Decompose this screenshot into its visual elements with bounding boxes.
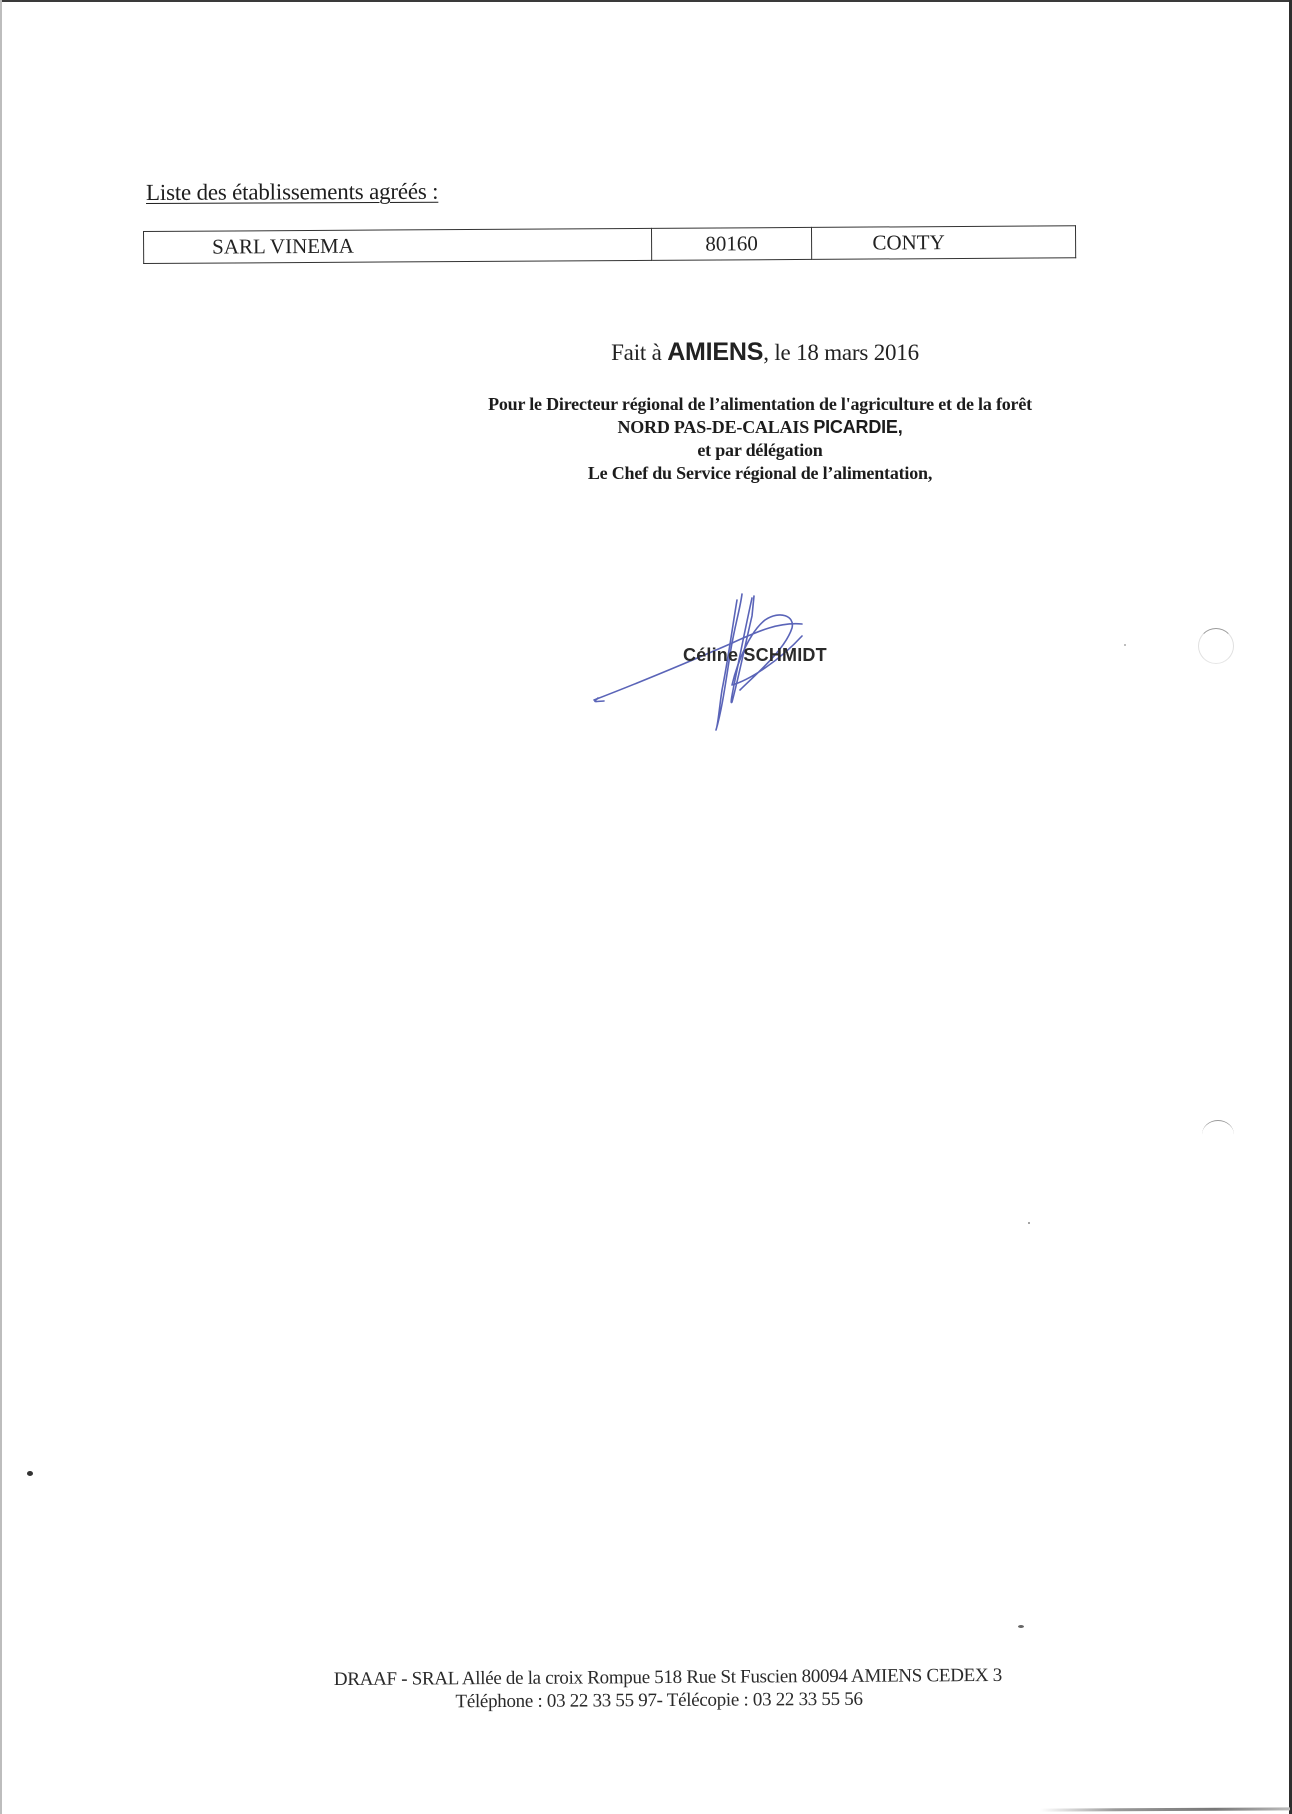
table-row: SARL VINEMA 80160 CONTY: [144, 226, 1076, 264]
signatory-region-sans: PICARDIE,: [813, 417, 902, 437]
signature-area: Céline SCHMIDT: [580, 580, 880, 740]
made-at-prefix: Fait à: [611, 340, 662, 365]
footer-contact: Téléphone : 03 22 33 55 97- Télécopie : …: [188, 1686, 1130, 1715]
punch-hole-mark: [1202, 1120, 1234, 1149]
scan-edge-top: [0, 0, 1292, 2]
establishments-table: SARL VINEMA 80160 CONTY: [143, 225, 1076, 264]
signer-name: Céline SCHMIDT: [683, 645, 827, 666]
scan-edge-bottom: [1040, 1807, 1290, 1811]
signatory-line-1: Pour le Directeur régional de l’alimenta…: [440, 393, 1080, 416]
made-at-city: AMIENS: [667, 338, 763, 366]
signatory-line-4: Le Chef du Service régional de l’aliment…: [440, 462, 1080, 485]
signatory-line-2: NORD PAS-DE-CALAIS PICARDIE,: [440, 416, 1080, 439]
scan-edge-left: [0, 0, 2, 1814]
scan-speck: [1018, 1625, 1024, 1628]
place-and-date: Fait à AMIENS, le 18 mars 2016: [450, 338, 1080, 367]
establishment-postcode-cell: 80160: [651, 227, 811, 260]
scan-speck: [27, 1471, 33, 1476]
footer: DRAAF - SRAL Allée de la croix Rompue 51…: [200, 1663, 1130, 1715]
establishment-city-cell: CONTY: [811, 226, 1075, 260]
establishment-name-cell: SARL VINEMA: [144, 228, 652, 263]
signature-block: Fait à AMIENS, le 18 mars 2016 Pour le D…: [440, 338, 1080, 485]
made-at-date: , le 18 mars 2016: [763, 340, 919, 365]
scan-speck: [1028, 1222, 1030, 1224]
punch-hole-mark: [1198, 628, 1234, 664]
signatory-line-3: et par délégation: [440, 439, 1080, 462]
signatory-title: Pour le Directeur régional de l’alimenta…: [440, 393, 1080, 485]
establishments-list-heading: Liste des établissements agréés :: [146, 179, 438, 206]
scan-speck: [1124, 644, 1126, 646]
signatory-region-serif: NORD PAS-DE-CALAIS: [617, 417, 813, 437]
